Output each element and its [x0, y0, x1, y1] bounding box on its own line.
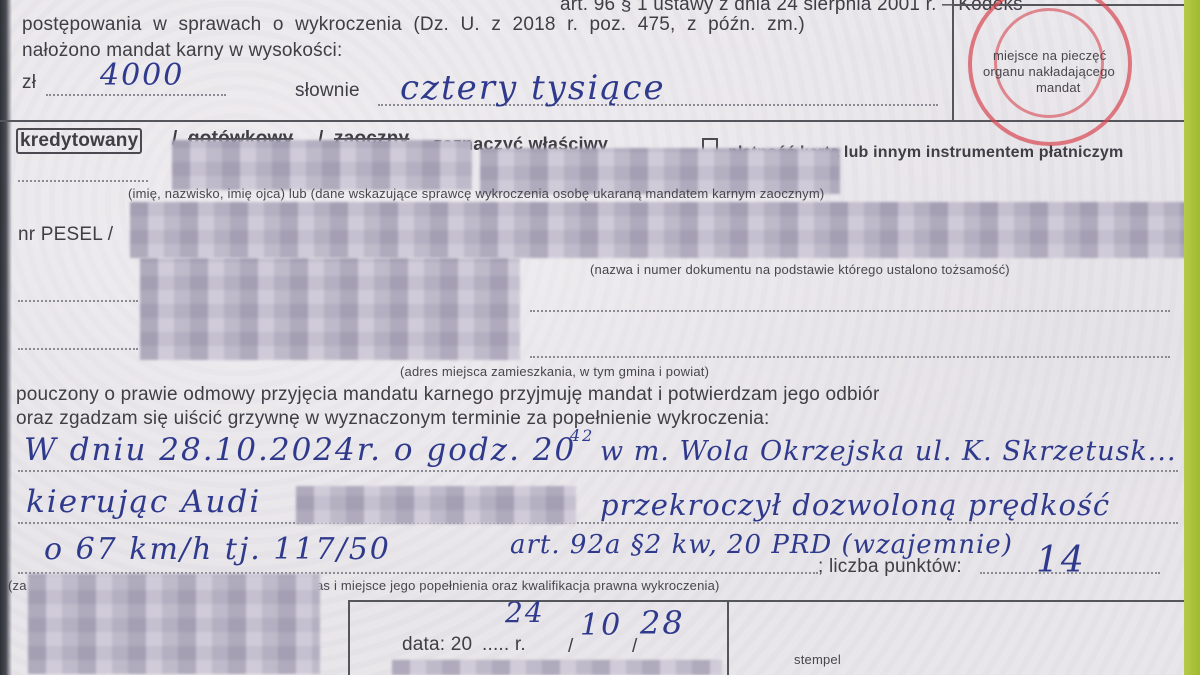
- bottom-divider-right: [727, 600, 729, 675]
- pesel-label: nr PESEL /: [18, 224, 113, 246]
- redacted-pesel-document: [130, 202, 1195, 258]
- amount-dotted-line: [46, 94, 226, 96]
- binding-shadow: [0, 0, 12, 675]
- amount-value[interactable]: 4000: [100, 58, 184, 93]
- person-caption: (imię, nazwisko, imię ojca) lub (dane ws…: [128, 186, 824, 201]
- date-month[interactable]: 10: [580, 608, 622, 643]
- offence-dotted-2: [18, 522, 1178, 524]
- redacted-signature: [28, 574, 320, 674]
- date-year[interactable]: 24: [505, 596, 545, 629]
- date-day[interactable]: 28: [640, 604, 685, 642]
- address-dotted-1-left: [18, 300, 138, 302]
- date-label: data: 20: [402, 634, 472, 656]
- offence-line-1a[interactable]: W dniu 28.10.2024r. o godz. 20: [24, 432, 576, 468]
- date-slash-1: /: [568, 636, 573, 658]
- header-line-1: postępowania w sprawach o wykroczenia (D…: [22, 14, 805, 36]
- offence-line-1b[interactable]: w m. Wola Okrzejska ul. K. Skrzetusk...: [600, 436, 1177, 467]
- redacted-name: [172, 140, 472, 190]
- redacted-plate: [296, 486, 576, 524]
- offence-dotted-1: [18, 470, 1178, 472]
- address-dotted-1-right: [530, 310, 1170, 312]
- offence-line-2a[interactable]: kierując Audi: [26, 484, 261, 520]
- points-value[interactable]: 14: [1036, 540, 1086, 581]
- stamp-box-line3: mandat: [1036, 80, 1081, 95]
- words-label: słownie: [295, 80, 360, 102]
- words-value[interactable]: cztery tysiące: [400, 68, 666, 108]
- offence-line-3a[interactable]: o 67 km/h tj. 117/50: [44, 532, 391, 567]
- stamp-box-line2: organu nakładającego: [983, 64, 1115, 79]
- date-r-sep: ..... r.: [482, 634, 526, 656]
- stamp-box-line1: miejsce na pieczęć: [993, 48, 1106, 63]
- ticket-paper: art. 96 § 1 ustawy z dnia 24 sierpnia 20…: [0, 0, 1184, 675]
- section-divider-bottom: [348, 600, 1184, 602]
- address-dotted-2-right: [530, 356, 1170, 358]
- redacted-bottom: [392, 660, 722, 675]
- date-slash-2: /: [632, 636, 637, 658]
- address-dotted-2-left: [18, 348, 138, 350]
- amount-label: zł: [22, 72, 36, 94]
- offence-line-1-time-minutes[interactable]: 42: [570, 426, 594, 445]
- consent-line-1: pouczony o prawie odmowy przyjęcia manda…: [16, 384, 879, 406]
- address-caption: (adres miejsca zamieszkania, w tym gmina…: [400, 364, 709, 379]
- stamp-box-divider: [952, 0, 954, 120]
- bottom-divider-left: [348, 600, 350, 675]
- name-dotted-line: [18, 180, 148, 182]
- offence-caption: as i miejsce jego popełnienia oraz kwali…: [316, 578, 720, 593]
- document-caption: (nazwa i numer dokumentu na podstawie kt…: [590, 262, 1010, 277]
- points-label: ; liczba punktów:: [818, 556, 962, 578]
- payment-type-kredytowany[interactable]: kredytowany: [16, 128, 142, 154]
- background-green-edge: [1184, 0, 1200, 675]
- stamp-label: stempel: [794, 652, 841, 667]
- consent-line-2: oraz zgadzam się uiścić grzywnę w wyznac…: [16, 408, 770, 430]
- offence-line-2b[interactable]: przekroczył dozwoloną prędkość: [600, 488, 1110, 522]
- offence-caption-prefix: (za: [8, 578, 27, 593]
- redacted-address: [140, 258, 520, 360]
